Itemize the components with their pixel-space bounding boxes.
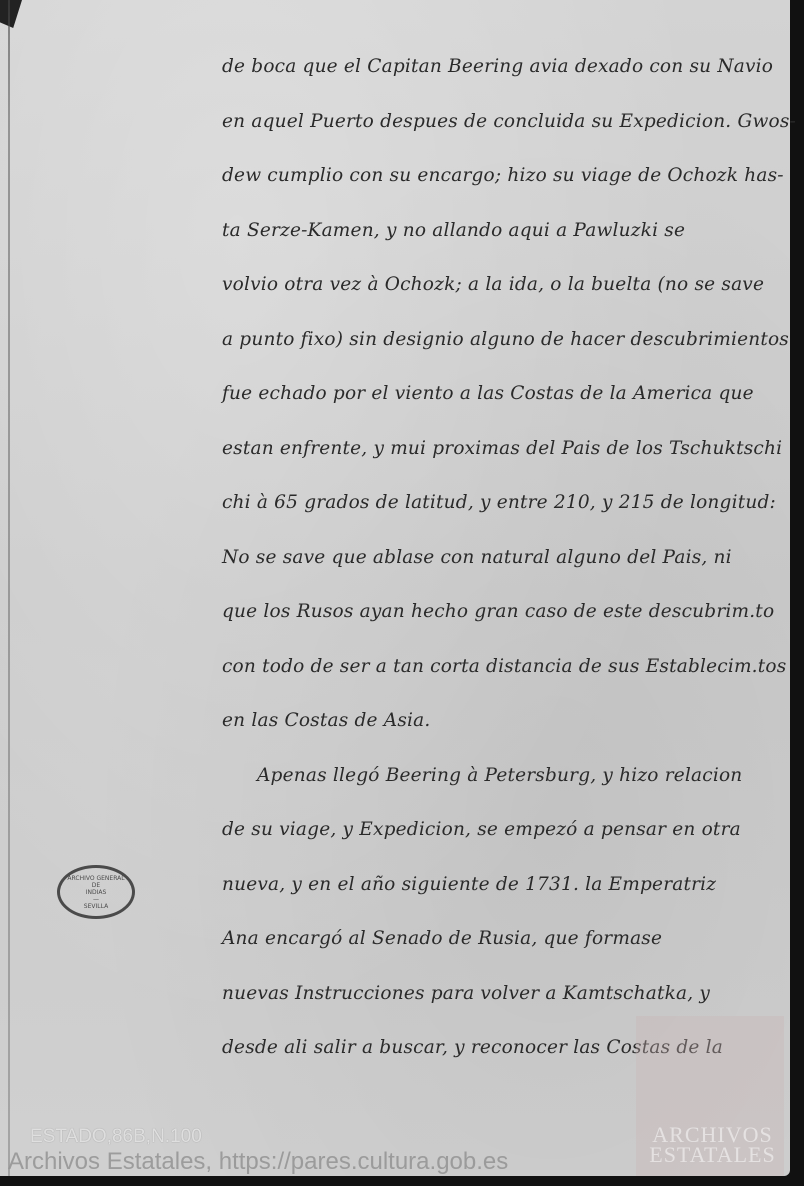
- text-line: chi à 65 grados de latitud, y entre 210,…: [222, 476, 792, 531]
- archive-logo-watermark: ARCHIVOS ESTATALES: [645, 1125, 780, 1165]
- stamp-line: INDIAS: [86, 889, 107, 896]
- text-line: estan enfrente, y mui proximas del Pais …: [222, 422, 792, 477]
- text-line: Ana encargó al Senado de Rusia, que form…: [222, 912, 792, 967]
- text-line: en aquel Puerto despues de concluida su …: [222, 95, 792, 150]
- text-line: ta Serze-Kamen, y no allando aqui a Pawl…: [222, 204, 792, 259]
- binding-edge: [8, 0, 10, 1176]
- text-line: con todo de ser a tan corta distancia de…: [222, 640, 792, 695]
- text-line: de boca que el Capitan Beering avia dexa…: [222, 40, 792, 95]
- stamp-line: ARCHIVO GENERAL: [67, 875, 124, 882]
- text-line-paragraph-start: Apenas llegó Beering à Petersburg, y hiz…: [222, 749, 792, 804]
- stamp-line: SEVILLA: [84, 903, 108, 910]
- text-line: volvio otra vez à Ochozk; a la ida, o la…: [222, 258, 792, 313]
- text-line: de su viage, y Expedicion, se empezó a p…: [222, 803, 792, 858]
- source-credit: Archivos Estatales, https://pares.cultur…: [8, 1148, 508, 1176]
- document-reference: ESTADO,86B,N.100: [30, 1126, 202, 1148]
- text-line: que los Rusos ayan hecho gran caso de es…: [222, 585, 792, 640]
- manuscript-text: de boca que el Capitan Beering avia dexa…: [222, 40, 792, 1076]
- text-line: nuevas Instrucciones para volver a Kamts…: [222, 967, 792, 1022]
- stamp-line: —: [93, 896, 99, 903]
- text-line: en las Costas de Asia.: [222, 694, 792, 749]
- stamp-line: DE: [92, 882, 100, 889]
- manuscript-page: de boca que el Capitan Beering avia dexa…: [0, 0, 790, 1176]
- text-line: dew cumplio con su encargo; hizo su viag…: [222, 149, 792, 204]
- archive-stamp: ARCHIVO GENERAL DE INDIAS — SEVILLA: [57, 865, 135, 919]
- torn-corner: [0, 0, 22, 28]
- text-line: fue echado por el viento a las Costas de…: [222, 367, 792, 422]
- text-line: a punto fixo) sin designio alguno de hac…: [222, 313, 792, 368]
- logo-line: ESTATALES: [645, 1145, 780, 1165]
- text-line: nueva, y en el año siguiente de 1731. la…: [222, 858, 792, 913]
- text-line: No se save que ablase con natural alguno…: [222, 531, 792, 586]
